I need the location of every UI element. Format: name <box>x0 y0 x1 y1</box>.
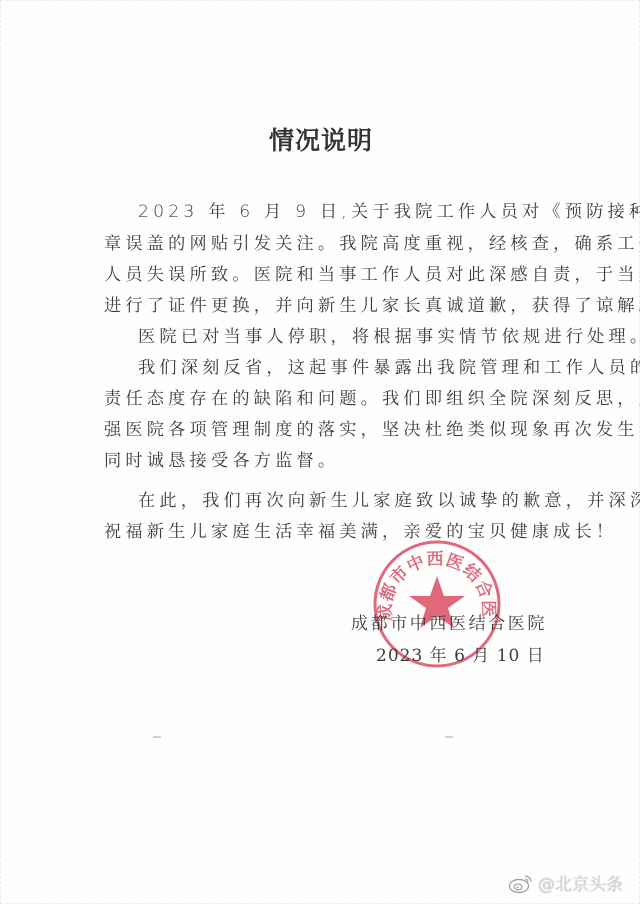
paragraph-line: 强医院各项管理制度的落实，坚决杜绝类似现象再次发生， <box>104 415 544 440</box>
paragraph-line: 同时诚恳接受各方监督。 <box>104 446 544 471</box>
paragraph-line: 在此，我们再次向新生儿家庭致以诚挚的歉意，并深深 <box>138 486 578 511</box>
paragraph-line: 章误盖的网贴引发关注。我院高度重视，经核查，确系工作 <box>104 229 544 254</box>
page-mark-left <box>153 736 161 738</box>
page-mark-right <box>445 736 453 738</box>
weibo-icon <box>508 872 534 894</box>
paragraph-line: 人员失误所致。医院和当事工作人员对此深感自责，于当天 <box>104 260 544 285</box>
paragraph-line: 医院已对当事人停职，将根据事实情节依规进行处理。 <box>138 322 578 347</box>
signature-organization: 成都市中西医结合医院 <box>351 609 547 634</box>
paragraph-line: 责任态度存在的缺陷和问题。我们即组织全院深刻反思，加 <box>104 384 544 409</box>
paragraph-line: 进行了证件更换，并向新生儿家长真诚道歉，获得了谅解。 <box>104 291 544 316</box>
paragraph-line: 2023 年 6 月 9 日,关于我院工作人员对《预防接种证》印 <box>138 197 578 222</box>
document-title: 情况说明 <box>1 121 640 157</box>
document-page: 情况说明 2023 年 6 月 9 日,关于我院工作人员对《预防接种证》印 章误… <box>0 0 640 904</box>
watermark-text: @北京头条 <box>538 870 623 895</box>
paragraph-line: 我们深刻反省，这起事件暴露出我院管理和工作人员的 <box>138 353 578 378</box>
weibo-watermark: @北京头条 <box>508 870 623 895</box>
signature-date: 2023 年 6 月 10 日 <box>376 641 545 666</box>
